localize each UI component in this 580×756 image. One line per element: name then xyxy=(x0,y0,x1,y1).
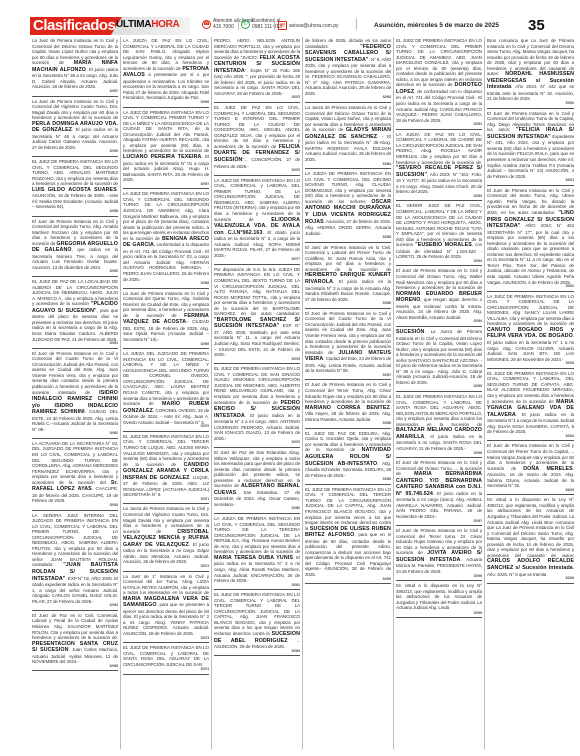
divider xyxy=(274,18,275,30)
legal-notice: La Juez de Primera Instancia en lo Civil… xyxy=(123,290,209,350)
notice-code: 52983 xyxy=(305,96,391,100)
notice-code: 52996 xyxy=(396,452,482,456)
page-number: 35 xyxy=(528,17,545,34)
notice-code: 52989 xyxy=(305,478,391,482)
notice-code: 52982 xyxy=(214,650,300,654)
notice-body: La Juez de 1° Instancia en lo Civil y Co… xyxy=(123,574,209,596)
notice-code: 52988 xyxy=(305,422,391,426)
legal-notice: El Juez de Paz en lo Civil, Comercial, L… xyxy=(32,612,118,672)
legal-notice: El Juez de Primera Instancia en lo Civil… xyxy=(487,442,574,495)
notice-body: LA JUEZ DE PRIMERA INSTANCIA EN LO CIVIL… xyxy=(123,191,209,240)
notice-body: LA ACTUARIA DE LA SECRETARÍA N° 03, DEL … xyxy=(32,441,118,485)
legal-notice: EL JUEZ DE PRIMERA INSTANCIA EN LO CIVIL… xyxy=(305,486,391,584)
notice-body: Por disposición de S.S. la Sra. JUEZA DE… xyxy=(214,267,300,316)
notice-code: 52992 xyxy=(396,195,482,199)
notice-code: 52965 xyxy=(32,665,118,669)
legal-notice: EL JUEZ DE PAZ DE EDELIRA, Abg. Carina S… xyxy=(305,430,391,485)
notice-body: El Juez de Primera Instancia en lo Civil… xyxy=(305,311,391,355)
notice-body-end: Expediente N° 431, Año 2024, cita y empl… xyxy=(487,134,574,179)
column-6: Brun comunica que La Juez de Primera Ins… xyxy=(485,37,576,749)
legal-notice: SUCESIÓN. La Jueza de Primera Instancia … xyxy=(396,328,482,392)
legal-notice: El Juez de Primera Instancia en lo Civil… xyxy=(305,381,391,428)
legal-notice: EL JUEZ DE PRIMERA INSTANCIA EN LO CIVIL… xyxy=(396,37,482,130)
legal-notice: La Jueza de Primera Instancia en lo Civi… xyxy=(305,104,391,169)
legal-notice: LA JUEZ DE PRIMERA INSTANCIA EN LO CIVIL… xyxy=(487,293,574,369)
notice-code: 52986 xyxy=(305,302,391,306)
notice-body: EL JUEZ DE PAZ EN LO CIVIL, COMERCIAL Y … xyxy=(214,105,300,149)
notice-body: El Juez de Primera Instancia en lo Civil… xyxy=(305,245,391,272)
legal-notice: En virtud a lo dispuesto en la Ley N° 49… xyxy=(396,582,482,618)
legal-notice: EL SEÑOR JUEZ DE PAZ CIVIL, COMERCIAL, L… xyxy=(396,202,482,266)
legal-notice: El Juez de Primera Instancia en lo Civil… xyxy=(305,310,391,381)
notice-code: 52990 xyxy=(305,578,391,582)
notice-body: LA JUEZA DE PAZ EN LO CIVIL, COMERCIAL Y… xyxy=(396,132,482,165)
notice-code: 52958 xyxy=(32,210,118,214)
legal-notice: La Jueza de Primera Instancia en lo Civi… xyxy=(123,505,209,571)
notice-code: 52980 xyxy=(214,507,300,511)
notice-code: 52970 xyxy=(123,425,209,429)
notice-code: 52976 xyxy=(214,169,300,173)
notice-code: 52972 xyxy=(123,565,209,569)
notice-code: 53001 xyxy=(487,179,574,183)
notice-code: 52957 xyxy=(32,90,118,94)
column-1: La Juez de Primera Instancia en lo Civil… xyxy=(30,37,121,749)
legal-notice: LA JUEZ DE PRIMERA INSTANCIA EN LO CIVIL… xyxy=(123,190,209,288)
notice-code: 52993 xyxy=(396,260,482,264)
legal-notice: El Juez de Primera Instancia en lo Civil… xyxy=(487,187,574,292)
deceased-name: MARIANO CORREA BENITEZ xyxy=(305,405,390,411)
notice-code: 52967 xyxy=(123,183,209,187)
legal-notice: LA JUEZA DE PAZ EN LO CIVIL, COMERCIAL Y… xyxy=(123,37,209,108)
legal-notice: El Juez de Primera Instancia en lo Civil… xyxy=(396,459,482,526)
notice-code: 52960 xyxy=(32,270,118,274)
classifieds-columns: La Juez de Primera Instancia en lo Civil… xyxy=(30,37,576,749)
notice-code: 52985 xyxy=(305,236,391,240)
notice-code: 53004 xyxy=(487,435,574,439)
notice-body: El Juez de Primera Instancia en lo Civil… xyxy=(396,268,482,290)
legal-notice: LA JUEZA DEL JUZGADO DE PRIMERA INSTANCI… xyxy=(123,350,209,432)
notice-code: 52961 xyxy=(32,342,118,346)
notice-code: 52974 xyxy=(123,668,209,672)
notice-code: 52995 xyxy=(396,385,482,389)
legal-notice: El Juez de Primera Instancia en lo Civil… xyxy=(396,267,482,327)
notice-body-end: . La Jueza de Primera Instancia en lo Ci… xyxy=(396,329,482,385)
notice-code: 52964 xyxy=(32,604,118,608)
divider xyxy=(238,18,239,30)
legal-notice: El Juez de Paz de San Estanislao Abog. W… xyxy=(214,449,300,514)
legal-notice: EL JUEZ DE PRIMERA INSTANCIA EN LO CIVIL… xyxy=(123,644,209,675)
notice-code: 53000 xyxy=(487,102,574,106)
page-header: Clasificados ULTIMAHORA ☎ Atención al cl… xyxy=(0,0,580,32)
phone-number: 415 7000 xyxy=(213,24,234,30)
notice-body: LA JUEZ DE PRIMERA INSTANCIA EN LO CIVIL… xyxy=(123,110,209,154)
deceased-name: LUIS GILDO ACOSTA SUARES xyxy=(32,187,117,193)
legal-notice: EL JUEZ DE PAZ EN LO CIVIL, COMERCIAL Y … xyxy=(214,104,300,176)
legal-notice: LA SEÑORA JUEZ INTERINA DEL JUZGADO DE P… xyxy=(32,512,118,611)
notice-body: LA JUEZA DEL JUZGADO DE PRIMERA INSTANCI… xyxy=(123,351,209,406)
notice-code: 52981 xyxy=(214,584,300,588)
notice-code: 52998 xyxy=(396,575,482,579)
legal-notice: La Juez de 1° Instancia en lo Civil y Co… xyxy=(123,573,209,644)
notice-body: LA JUEZ DE PRIMERA INSTANCIA EN LO CIVIL… xyxy=(214,178,300,222)
notice-body: EL SEÑOR JUEZ DE PAZ CIVIL, COMERCIAL, L… xyxy=(396,203,482,247)
contact-whatsapp: ✆ Escribinos al0981 111 013 xyxy=(241,18,282,30)
legal-notice: LA JUEZA DE PRIMERA INSTANCIA EN LO CIVI… xyxy=(214,515,300,590)
notice-body-end: , N° 8, AÑO 2025, cita y emplaza por ses… xyxy=(305,57,391,96)
deceased-name: "EUSEBIO MORALES xyxy=(415,242,472,248)
notice-code: 53006 xyxy=(487,577,574,581)
legal-notice: Por disposición de S.S. la Sra. JUEZA DE… xyxy=(214,266,300,364)
section-title: Clasificados xyxy=(30,17,122,35)
notice-body: En virtud a lo dispuesto en la Ley N° 49… xyxy=(396,583,482,610)
legal-notice: LA JUEZA DE PRIMERA INSTANCIA EN LO CIVI… xyxy=(305,170,391,243)
legal-notice: EL JUEZ DE PAZ DE LA LOCALIDAD DE ALBERD… xyxy=(32,278,118,349)
notice-body: EL JUEZ DE PRIMERA INSTANCIA EN LO CIVIL… xyxy=(305,487,391,531)
notice-code: 52973 xyxy=(123,637,209,641)
divider xyxy=(356,18,357,30)
legal-notice: LA JUEZ DE PRIMERA INSTANCIA EN LO CIVIL… xyxy=(123,109,209,190)
deceased-name: CARLOS ADOLFO RECALDE SANCHEZ s/ Sucesió… xyxy=(487,558,574,571)
legal-notice: EL JUEZ DE PRIMERA INSTANCIA EN LO CIVIL… xyxy=(32,158,118,217)
notice-body: En virtud a lo dispuesto en la Ley N° 49… xyxy=(487,497,574,557)
legal-notice: LA JUEZA DE PAZ EN LO CIVIL, COMERCIAL Y… xyxy=(396,131,482,202)
notice-code: 52969 xyxy=(123,343,209,347)
legal-notice: de febrero de 2025, dictada en los autos… xyxy=(305,37,391,103)
legal-notice: La Juez de Primera Instancia en lo Civil… xyxy=(32,37,118,97)
notice-code: 52994 xyxy=(396,320,482,324)
notice-body: El Juez de Primera Instancia en lo Civil… xyxy=(32,351,118,395)
notice-code: 52962 xyxy=(32,432,118,436)
notice-body: EL JUEZ DE PRIMERA INSTANCIA EN LO CIVIL… xyxy=(396,394,482,427)
deceased-name: LUCIANO PEREIRA TEXEIRA xyxy=(123,154,201,160)
column-5: EL JUEZ DE PRIMERA INSTANCIA EN LO CIVIL… xyxy=(394,37,485,749)
legal-notice: En virtud a lo dispuesto en la Ley N° 49… xyxy=(487,496,574,583)
legal-notice: El Juez de Primera Instancia en lo Civil… xyxy=(32,350,118,439)
legal-notice: Brun comunica que La Juez de Primera Ins… xyxy=(487,37,574,109)
notice-body: EL JUEZ DE PRIMERA INSTANCIA EN LO CIVIL… xyxy=(396,38,482,87)
deceased-name: MARIA TERESA DUBA YUNIS xyxy=(214,555,293,561)
column-4: de febrero de 2025, dictada en los autos… xyxy=(303,37,394,749)
notice-code: 52959 xyxy=(32,150,118,154)
legal-notice: EL JUEZ DE PRIMERA INSTANCIA EN LO CIVIL… xyxy=(214,591,300,656)
legal-notice: EL JUEZ DE PRIMERA INSTANCIA EN LO CIVIL… xyxy=(123,433,209,505)
notice-body-end: , conformidad a lo dispuesto en el Art. … xyxy=(123,242,209,281)
notice-code: 52991 xyxy=(396,123,482,127)
notice-body-end: AÑO: 2024; N° 462 SECRETARÍA N° 17", por… xyxy=(487,223,574,284)
notice-body-end: , para que en el término de 60 días, con… xyxy=(305,532,391,577)
notice-body: El Juez de Paz en lo Civil, Comercial, L… xyxy=(32,613,118,640)
legal-notice: LA JUEZ DE PRIMERA INSTANCIA EN LO CIVIL… xyxy=(214,177,300,265)
notice-code: 52966 xyxy=(123,101,209,105)
notice-code: 52997 xyxy=(396,520,482,524)
notice-code: 52979 xyxy=(214,441,300,445)
legal-notice: La Juez de Primera Instancia en lo Civil… xyxy=(32,98,118,158)
legal-notice: EL JUEZ DE PRIMERA INSTANCIA EN LO CIVIL… xyxy=(214,365,300,448)
deceased-name: CANUTO BOGADO RIOS y FELIPA VERA VDA. DE… xyxy=(487,327,574,340)
logo-ultima: ULTIMA xyxy=(116,19,151,30)
notice-body: LA JUEZA DE PRIMERA INSTANCIA EN LO CIVI… xyxy=(214,516,300,554)
column-2: LA JUEZA DE PAZ EN LO CIVIL, COMERCIAL Y… xyxy=(121,37,212,749)
notice-body: LA JUEZ DE PRIMERA INSTANCIA EN LO CIVIL… xyxy=(487,294,574,327)
legal-notice: El Juez de Primera Instancia en lo Civil… xyxy=(32,218,118,278)
notice-code: 52968 xyxy=(123,282,209,286)
notice-code: 52963 xyxy=(32,504,118,508)
envelope-icon: ✉ xyxy=(278,21,287,30)
legal-notice: EL JUEZ DE PRIMERA INSTANCIA EN LO CIVIL… xyxy=(396,393,482,458)
notice-code: 53005 xyxy=(487,489,574,493)
notice-body: LA SEÑORA JUEZ INTERINA DEL JUZGADO DE P… xyxy=(32,513,118,568)
notice-code: 52971 xyxy=(123,498,209,502)
email-address[interactable]: avisos@uhora.com.py xyxy=(289,23,339,29)
legal-notice: El Juez de Primera Instancia en lo Civil… xyxy=(487,110,574,186)
deceased-name: SUCESIÓN xyxy=(396,329,424,335)
notice-body: La Juez de Primera Instancia en lo Civil… xyxy=(32,99,118,121)
notice-body: EL JUEZ DE PRIMERA INSTANCIA EN LO CIVIL… xyxy=(214,592,300,636)
column-3: PEDRO, ABOG. NELSON ANTOLIN MERCADO PORT… xyxy=(212,37,303,749)
notice-code: 52977 xyxy=(214,258,300,262)
legal-notice: El Juez de Primera Instancia en lo Civil… xyxy=(396,527,482,581)
phone-icon: ☎ xyxy=(202,20,211,29)
legal-notice: LA ACTUARIA DE LA SECRETARÍA N° 03, DEL … xyxy=(32,440,118,511)
deceased-name: DOÑA MERELES xyxy=(523,466,573,472)
notice-code: 52975 xyxy=(214,96,300,100)
notice-code: 52984 xyxy=(305,163,391,167)
newspaper-logo: ULTIMAHORA xyxy=(116,19,179,30)
legal-notice: PEDRO, ABOG. NELSON ANTOLIN MERCADO PORT… xyxy=(214,37,300,103)
legal-notice: EL JUEZ DE PRIMERA INSTANCIA EN LO CIVIL… xyxy=(487,370,574,442)
notice-body: EL JUEZ DE PRIMERA INSTANCIA EN LO CIVIL… xyxy=(123,645,209,667)
notice-code: 53002 xyxy=(487,285,574,289)
notice-body: EL JUEZ DE PRIMERA INSTANCIA EN LO CIVIL… xyxy=(32,159,118,186)
dateline: Asunción, miércoles 5 de marzo de 2025 xyxy=(374,22,499,29)
contact-email: ✉ avisos@uhora.com.py xyxy=(278,21,339,30)
legal-notice: El Juez de Primera Instancia en lo Civil… xyxy=(305,244,391,309)
whatsapp-icon: ✆ xyxy=(241,20,250,29)
notice-code: 52987 xyxy=(305,374,391,378)
notice-code: 52978 xyxy=(214,358,300,362)
notice-code: 53003 xyxy=(487,362,574,366)
notice-body: El Juez de Primera Instancia en lo Civil… xyxy=(305,382,391,404)
logo-hora: HORA xyxy=(151,19,179,30)
notice-code: 52999 xyxy=(396,612,482,616)
